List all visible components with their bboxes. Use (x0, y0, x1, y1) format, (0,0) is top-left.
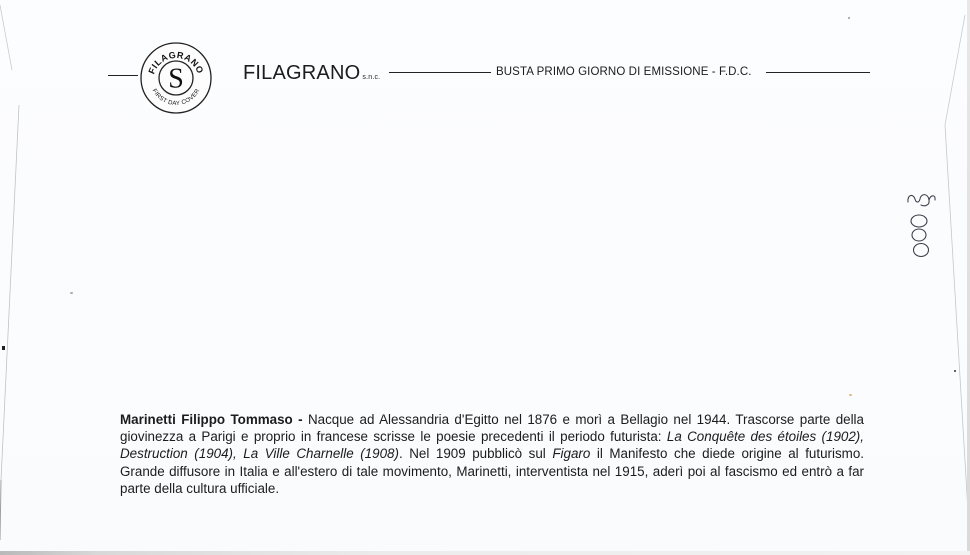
bio-newspaper-title: Figaro (552, 446, 590, 461)
header-rule-left (108, 75, 138, 76)
paper-speck (70, 292, 73, 294)
envelope-back: S FILAGRANO FIRST DAY COVER FILAGRANOs.n… (0, 0, 970, 555)
header-rule-right (766, 72, 870, 73)
brand-name-text: FILAGRANO (243, 62, 360, 84)
envelope-fold-right (900, 0, 970, 555)
header-rule-mid (389, 72, 491, 73)
fdc-subtitle: BUSTA PRIMO GIORNO DI EMISSIONE - F.D.C. (496, 66, 752, 78)
paper-speck (849, 394, 852, 396)
handwritten-note (903, 190, 939, 265)
bio-segment: . Nel 1909 pubblicò sul (399, 446, 552, 461)
seal-letter: S (168, 64, 184, 95)
paper-speck (954, 370, 956, 372)
filagrano-seal-icon: S FILAGRANO FIRST DAY COVER (139, 41, 213, 115)
biography-subject: Marinetti Filippo Tommaso - (120, 412, 303, 427)
envelope-bottom-edge (0, 551, 970, 555)
brand-suffix: s.n.c. (362, 74, 380, 81)
biography-text: Marinetti Filippo Tommaso - Nacque ad Al… (120, 411, 864, 497)
brand-name: FILAGRANOs.n.c. (243, 62, 380, 85)
envelope-fold-left (0, 0, 40, 555)
paper-speck (2, 346, 5, 350)
paper-speck (848, 17, 850, 19)
